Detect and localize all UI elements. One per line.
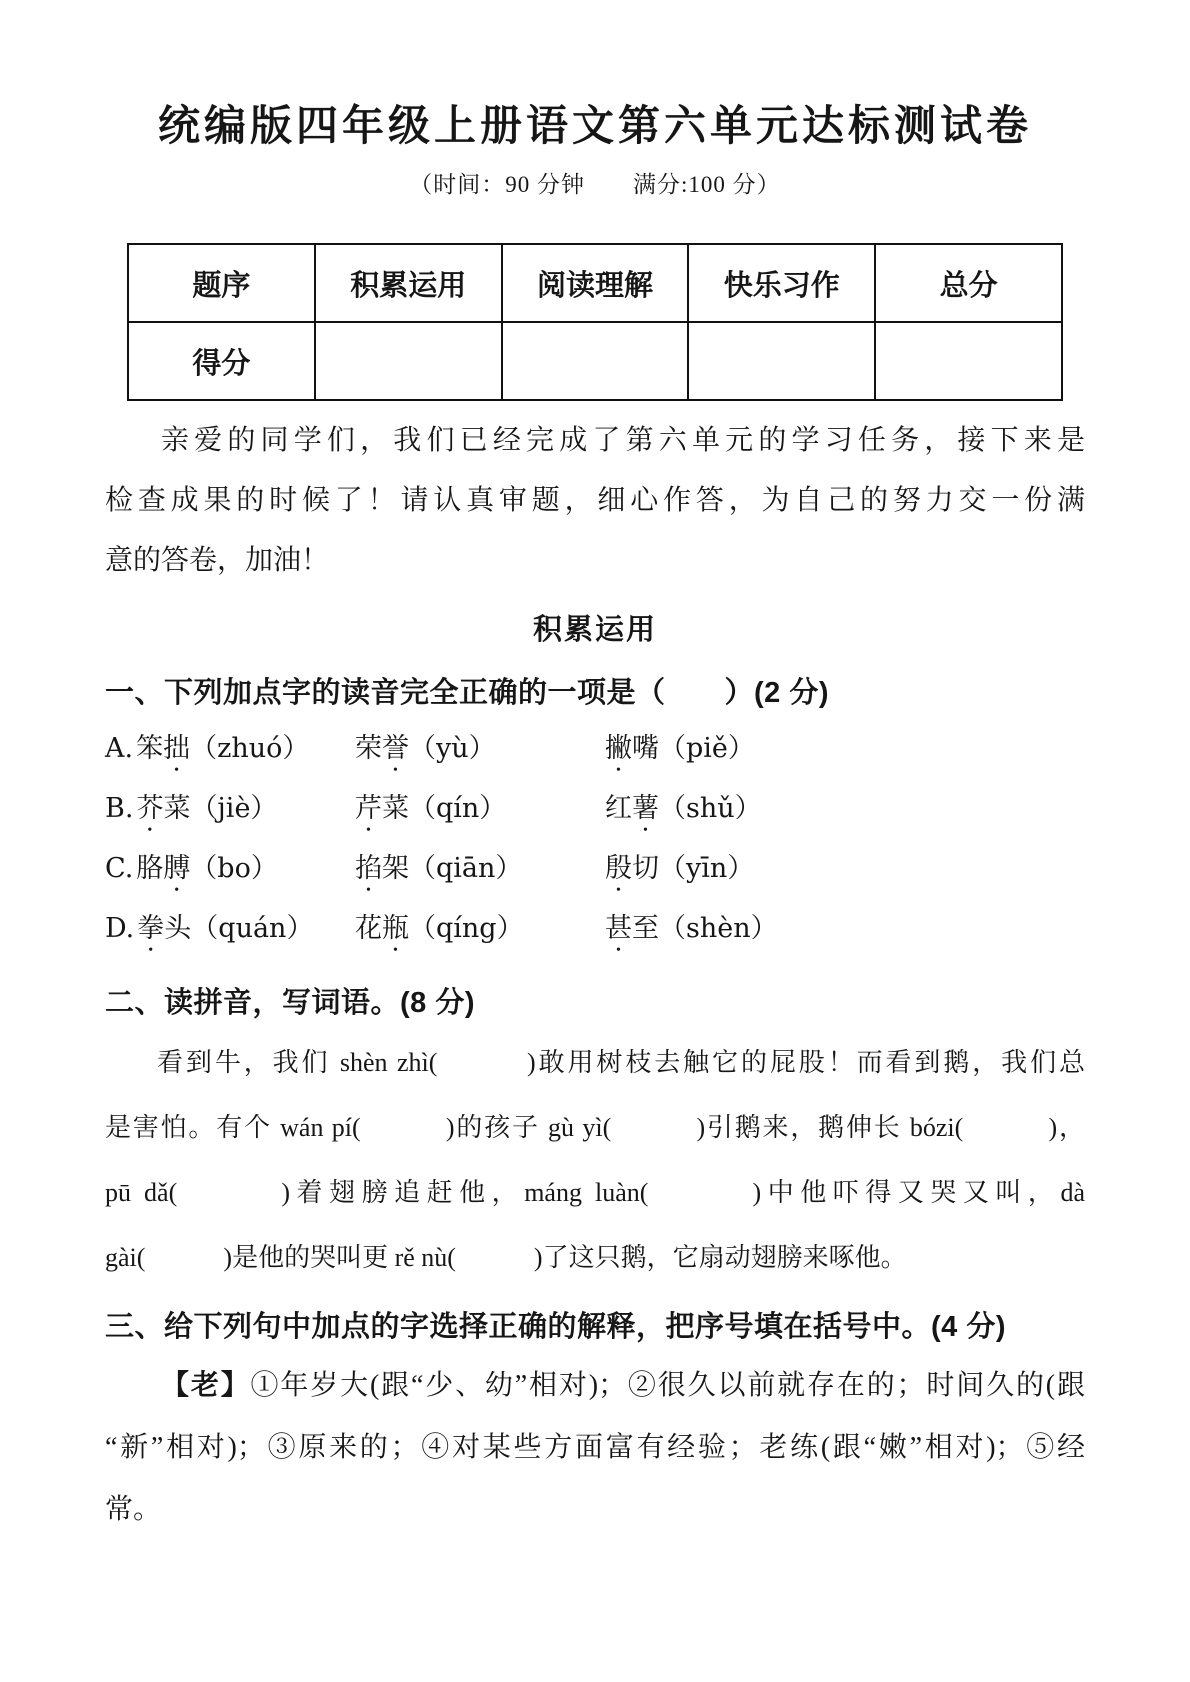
question-3-definition: 【老】①年岁大(跟“少、幼”相对)；②很久以前就存在的；时间久的(跟 “新”相对… xyxy=(105,1354,1085,1541)
option-word: 头 xyxy=(164,913,191,943)
test-paper-page: 统编版四年级上册语文第六单元达标测试卷 （时间：90 分钟 满分:100 分） … xyxy=(0,0,1190,1682)
option-pinyin: （bo） xyxy=(190,853,278,884)
option-item: 掐架（qiān） xyxy=(355,846,605,898)
question-2-heading: 二、读拼音，写词语。(8 分) xyxy=(105,982,1085,1024)
option-item: 红薯（shǔ） xyxy=(605,786,1085,838)
q3-def-line: 常。 xyxy=(105,1479,1085,1541)
option-item: 荣誉（yù） xyxy=(355,726,605,778)
q3-def-line: 【老】①年岁大(跟“少、幼”相对)；②很久以前就存在的；时间久的(跟 xyxy=(105,1354,1085,1417)
score-table-col-total: 总分 xyxy=(875,244,1062,322)
option-item: 撇嘴（piě） xyxy=(605,726,1085,778)
score-table-col-writing: 快乐习作 xyxy=(688,244,875,322)
option-word: 红 xyxy=(605,793,632,823)
option-word-dotted: 掐 xyxy=(355,853,382,883)
option-word-dotted: 芹 xyxy=(355,793,382,823)
score-table-score-row: 得分 xyxy=(128,322,1062,400)
question-1: 一、下列加点字的读音完全正确的一项是（ ）(2 分) A.笨拙（zhuó） 荣誉… xyxy=(105,672,1085,962)
option-word: 切 xyxy=(632,853,659,883)
option-word-dotted: 拳 xyxy=(137,913,164,943)
q2-line: 看到牛，我们 shèn zhì( )敢用树枝去触它的屁股！而看到鹅，我们总 xyxy=(105,1030,1085,1095)
option-word: 菜 xyxy=(163,793,190,823)
option-pinyin: （shǔ） xyxy=(659,793,762,824)
section-heading-accumulation: 积累运用 xyxy=(105,607,1085,648)
option-pinyin: （qiān） xyxy=(409,853,522,884)
q1-option-d: D.拳头（quán） 花瓶（qíng） 甚至（shèn） xyxy=(105,902,1085,962)
question-2-passage: 看到牛，我们 shèn zhì( )敢用树枝去触它的屁股！而看到鹅，我们总 是害… xyxy=(105,1030,1085,1290)
q2-line: pū dǎ( )着翅膀追赶他，máng luàn( )中他吓得又哭又叫，dà xyxy=(105,1160,1085,1225)
option-word: 架 xyxy=(382,853,409,883)
q3-def-text: ①年岁大(跟“少、幼”相对)；②很久以前就存在的；时间久的(跟 xyxy=(251,1370,1085,1401)
score-cell-writing xyxy=(688,322,875,400)
question-3-heading: 三、给下列句中加点的字选择正确的解释，把序号填在括号中。(4 分) xyxy=(105,1306,1085,1348)
q1-option-c: C.胳膊（bo） 掐架（qiān） 殷切（yīn） xyxy=(105,842,1085,902)
option-item: 殷切（yīn） xyxy=(605,846,1085,898)
score-table-header-row: 题序 积累运用 阅读理解 快乐习作 总分 xyxy=(128,244,1062,322)
question-2: 二、读拼音，写词语。(8 分) 看到牛，我们 shèn zhì( )敢用树枝去触… xyxy=(105,982,1085,1290)
q3-def-line: “新”相对)；③原来的；④对某些方面富有经验；老练(跟“嫩”相对)；⑤经 xyxy=(105,1417,1085,1479)
option-word: 嘴 xyxy=(632,733,659,763)
option-word-dotted: 膊 xyxy=(163,853,190,883)
option-pinyin: （qín） xyxy=(409,793,506,824)
intro-line: 意的答卷，加油！ xyxy=(105,531,1085,591)
q1-option-a: A.笨拙（zhuó） 荣誉（yù） 撇嘴（piě） xyxy=(105,722,1085,782)
option-word-dotted: 薯 xyxy=(632,793,659,823)
score-row-label: 得分 xyxy=(128,322,315,400)
option-pinyin: （yù） xyxy=(409,733,496,764)
option-word: 花 xyxy=(355,913,382,943)
option-word: 菜 xyxy=(382,793,409,823)
option-word-dotted: 芥 xyxy=(136,793,163,823)
option-item: C.胳膊（bo） xyxy=(105,846,355,898)
option-label: A. xyxy=(105,733,133,764)
option-label: C. xyxy=(105,853,133,884)
intro-paragraph: 亲爱的同学们，我们已经完成了第六单元的学习任务，接下来是 检查成果的时候了！请认… xyxy=(105,411,1085,591)
question-1-heading: 一、下列加点字的读音完全正确的一项是（ ）(2 分) xyxy=(105,672,1085,714)
option-pinyin: （piě） xyxy=(659,733,755,764)
option-item: 甚至（shèn） xyxy=(605,906,1085,958)
paper-subtitle: （时间：90 分钟 满分:100 分） xyxy=(0,166,1190,199)
option-word-dotted: 殷 xyxy=(605,853,632,883)
option-word-dotted: 拙 xyxy=(163,733,190,763)
question-1-options: A.笨拙（zhuó） 荣誉（yù） 撇嘴（piě） B.芥菜（jiè） 芹菜（q… xyxy=(105,722,1085,962)
option-item: D.拳头（quán） xyxy=(105,906,355,958)
option-word: 荣 xyxy=(355,733,382,763)
intro-line: 检查成果的时候了！请认真审题，细心作答，为自己的努力交一份满 xyxy=(105,471,1085,531)
option-item: B.芥菜（jiè） xyxy=(105,786,355,838)
paper-title: 统编版四年级上册语文第六单元达标测试卷 xyxy=(0,0,1190,152)
option-label: D. xyxy=(105,913,134,944)
option-word: 至 xyxy=(632,913,659,943)
option-word-dotted: 撇 xyxy=(605,733,632,763)
option-pinyin: （quán） xyxy=(191,913,313,944)
option-pinyin: （shèn） xyxy=(659,913,778,944)
option-word: 笨 xyxy=(136,733,163,763)
option-pinyin: （jiè） xyxy=(190,793,277,824)
option-item: 花瓶（qíng） xyxy=(355,906,605,958)
q2-line: 是害怕。有个 wán pí( )的孩子 gù yì( )引鹅来，鹅伸长 bózi… xyxy=(105,1095,1085,1160)
option-item: A.笨拙（zhuó） xyxy=(105,726,355,778)
option-word-dotted: 瓶 xyxy=(382,913,409,943)
option-label: B. xyxy=(105,793,133,824)
question-3: 三、给下列句中加点的字选择正确的解释，把序号填在括号中。(4 分) 【老】①年岁… xyxy=(105,1306,1085,1541)
score-cell-accumulation xyxy=(315,322,502,400)
q3-entry-word: 【老】 xyxy=(161,1369,251,1400)
option-word: 胳 xyxy=(136,853,163,883)
q2-line: gài( )是他的哭叫更 rě nù( )了这只鹅，它扇动翅膀来啄他。 xyxy=(105,1225,1085,1290)
score-cell-total xyxy=(875,322,1062,400)
option-pinyin: （qíng） xyxy=(409,913,524,944)
score-table-col-question-order: 题序 xyxy=(128,244,315,322)
option-word-dotted: 誉 xyxy=(382,733,409,763)
option-item: 芹菜（qín） xyxy=(355,786,605,838)
q1-option-b: B.芥菜（jiè） 芹菜（qín） 红薯（shǔ） xyxy=(105,782,1085,842)
option-pinyin: （yīn） xyxy=(659,853,754,884)
score-table-col-accumulation: 积累运用 xyxy=(315,244,502,322)
option-word-dotted: 甚 xyxy=(605,913,632,943)
score-table: 题序 积累运用 阅读理解 快乐习作 总分 得分 xyxy=(127,243,1063,401)
score-cell-reading xyxy=(502,322,689,400)
option-pinyin: （zhuó） xyxy=(190,733,309,764)
score-table-col-reading: 阅读理解 xyxy=(502,244,689,322)
intro-line: 亲爱的同学们，我们已经完成了第六单元的学习任务，接下来是 xyxy=(105,411,1085,471)
